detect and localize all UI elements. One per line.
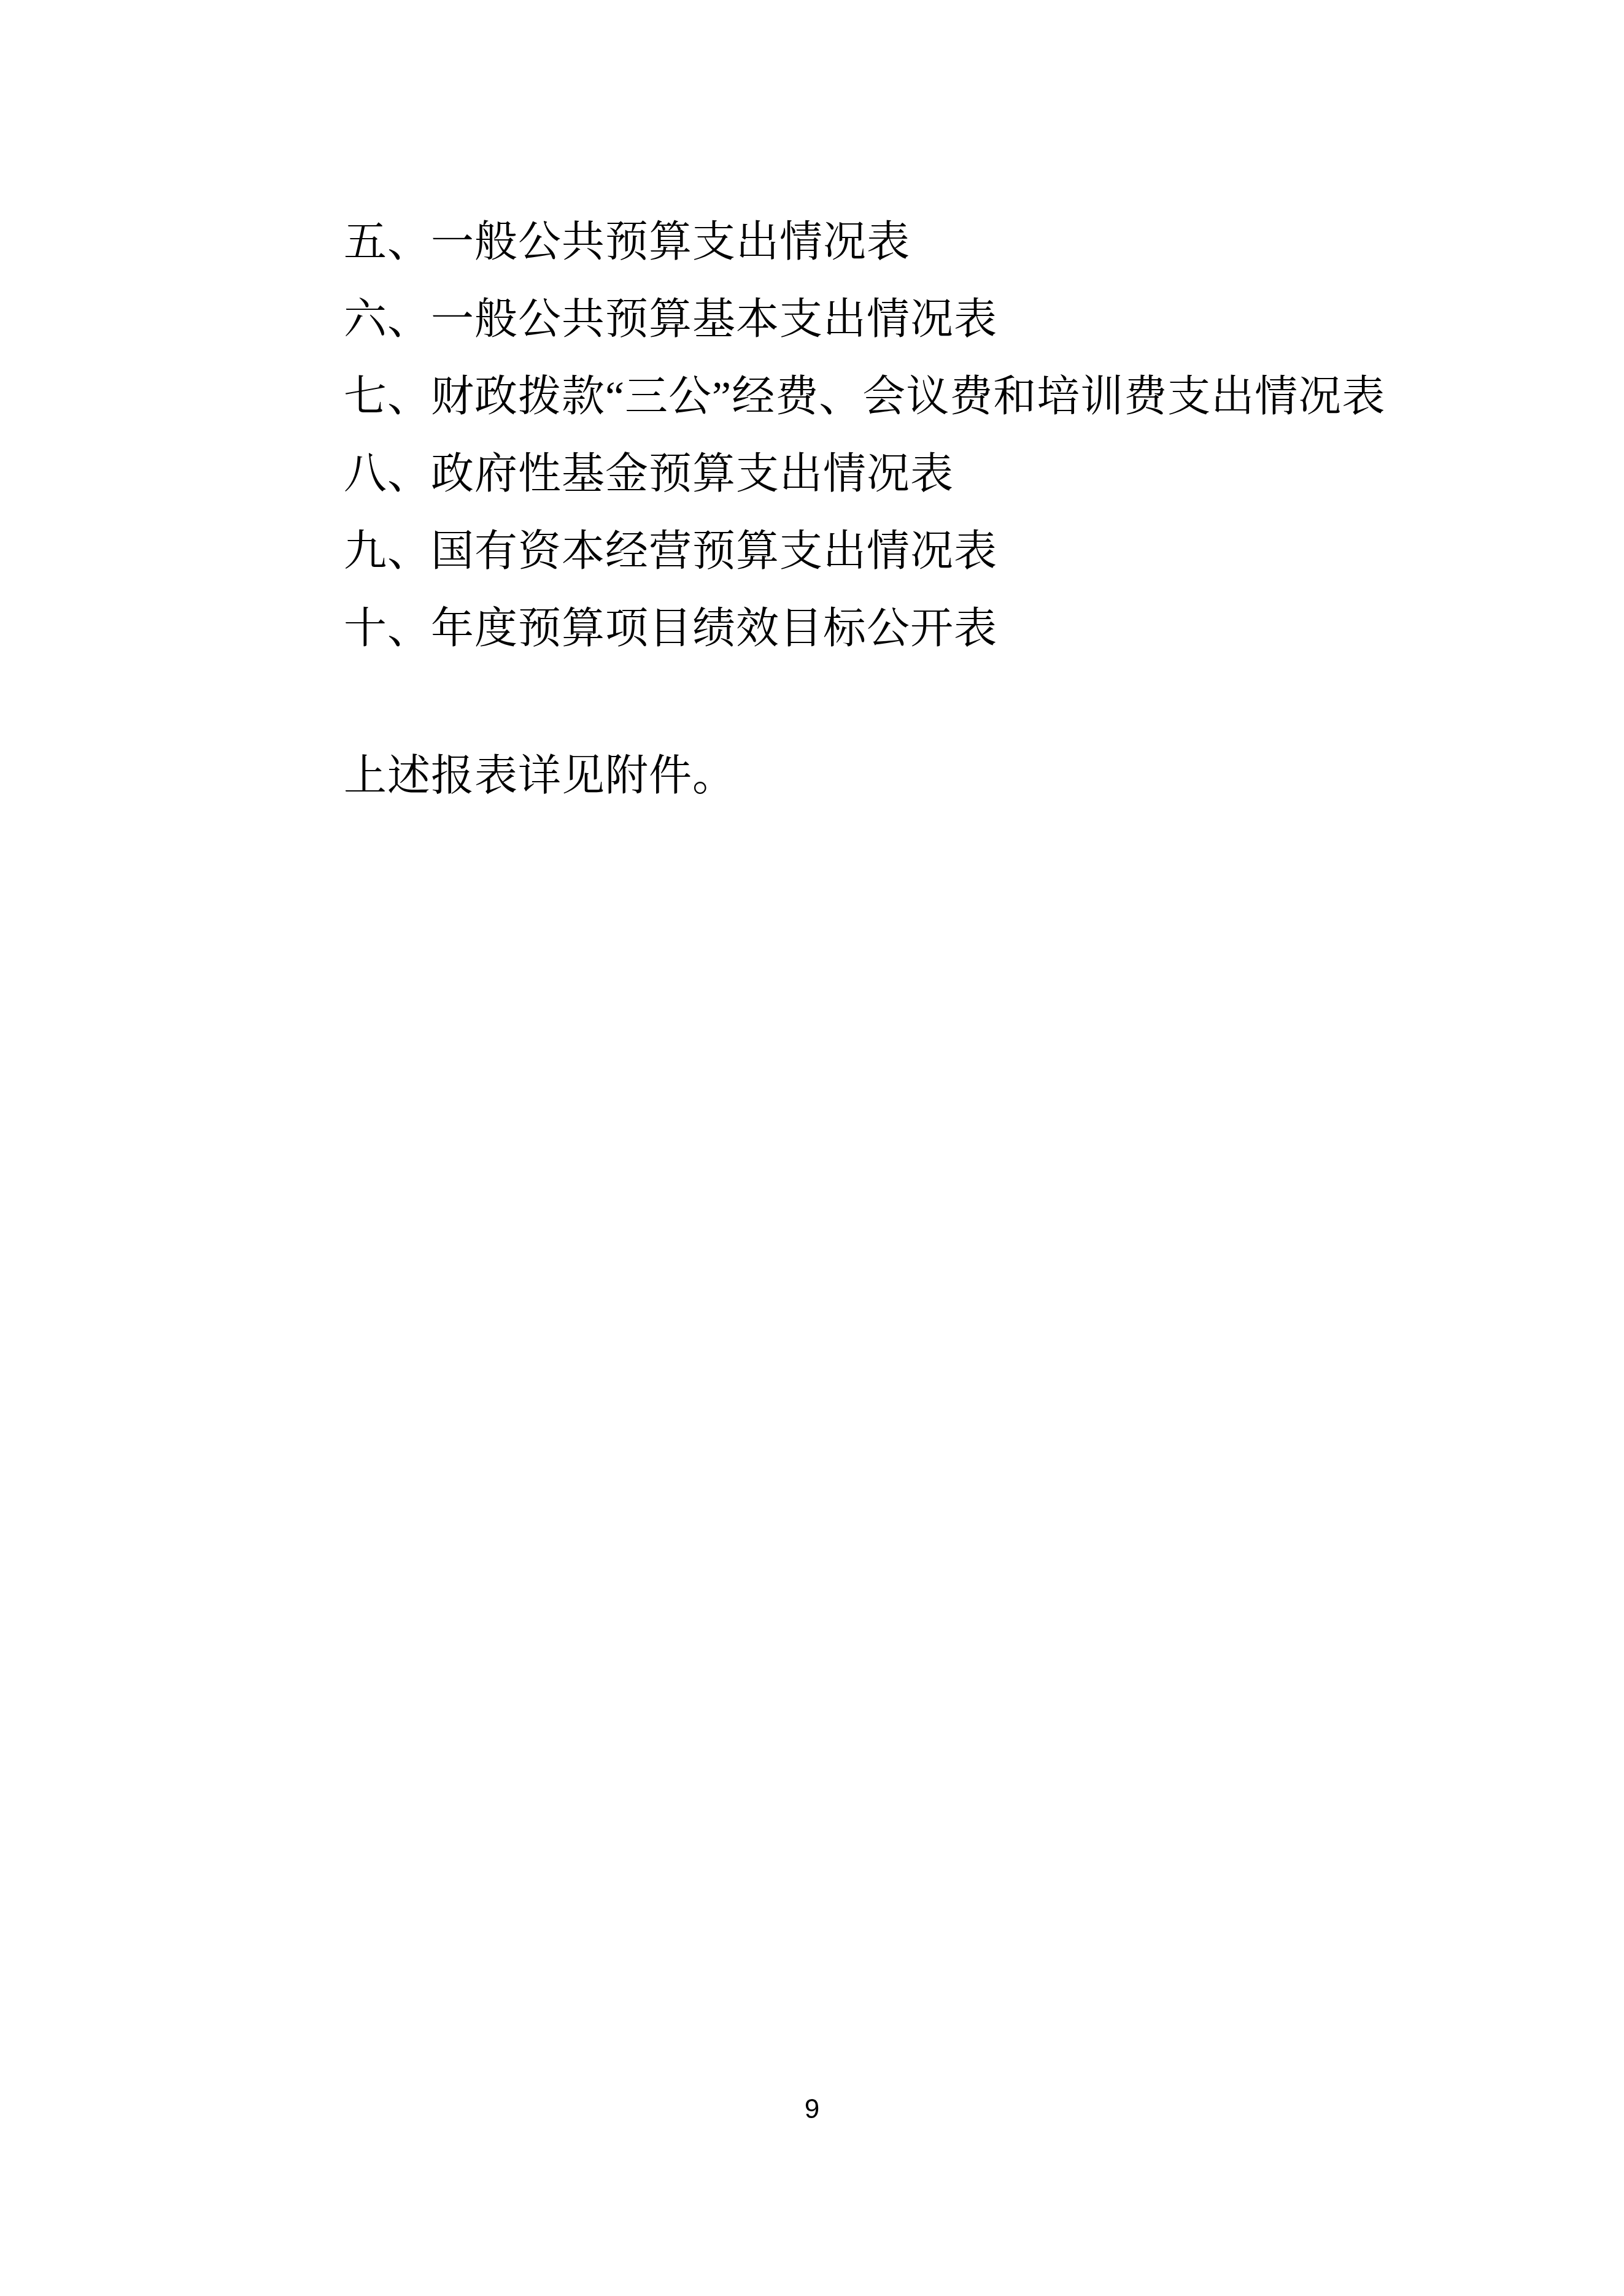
- closing-statement: 上述报表详见附件。: [344, 738, 1366, 815]
- document-body: 五、一般公共预算支出情况表 六、一般公共预算基本支出情况表 七、财政拨款“三公”…: [344, 204, 1366, 815]
- list-item-5: 五、一般公共预算支出情况表: [344, 204, 1366, 282]
- list-item-7: 七、财政拨款“三公”经费、会议费和培训费支出情况表: [344, 359, 1366, 436]
- page-number: 9: [805, 2094, 819, 2124]
- list-item-10: 十、年度预算项目绩效目标公开表: [344, 591, 1366, 668]
- page-footer: 9: [0, 2094, 1624, 2125]
- list-item-8: 八、政府性基金预算支出情况表: [344, 436, 1366, 514]
- document-page: 五、一般公共预算支出情况表 六、一般公共预算基本支出情况表 七、财政拨款“三公”…: [0, 0, 1624, 2296]
- list-item-6: 六、一般公共预算基本支出情况表: [344, 282, 1366, 359]
- list-item-9: 九、国有资本经营预算支出情况表: [344, 514, 1366, 591]
